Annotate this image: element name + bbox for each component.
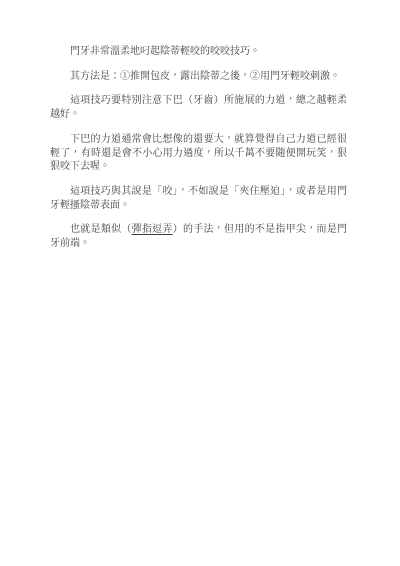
paragraph: 門牙非常溫柔地叼起陰蒂輕咬的咬咬技巧。 xyxy=(50,45,347,59)
paragraph: 這項技巧要特別注意下巴（牙齒）所施展的力道，總之越輕柔越好。 xyxy=(50,94,347,121)
paragraph: 下巴的力道通常會比想像的還要大，就算覺得自己力道已經很輕了，有時還是會不小心用力… xyxy=(50,133,347,174)
paragraph: 其方法是：①推開包皮，露出陰蒂之後，②用門牙輕咬刺激。 xyxy=(50,70,347,84)
paragraph: 這項技巧與其說是「咬」，不如說是「夾住壓迫」，或者是用門牙輕搔陰蒂表面。 xyxy=(50,185,347,212)
document-page: 門牙非常溫柔地叼起陰蒂輕咬的咬咬技巧。 其方法是：①推開包皮，露出陰蒂之後，②用… xyxy=(0,0,400,566)
text-block: 門牙非常溫柔地叼起陰蒂輕咬的咬咬技巧。 其方法是：①推開包皮，露出陰蒂之後，②用… xyxy=(50,45,347,262)
paragraph: 也就是類似（彈指逗弄）的手法，但用的不是指甲尖，而是門牙前端。 xyxy=(50,223,347,250)
flick-tease-reference-link[interactable]: 彈指逗弄 xyxy=(132,224,173,235)
paragraph-text: 也就是類似（ xyxy=(70,224,132,235)
